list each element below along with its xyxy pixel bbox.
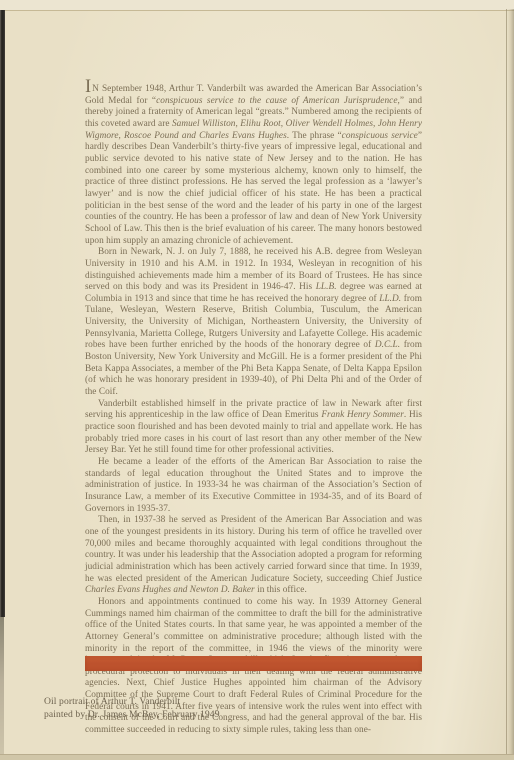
page-top-edge: [0, 0, 514, 11]
caption-line-1: Oil portrait of Arthur T. Vanderbilt: [44, 695, 220, 708]
biography-text: IN September 1948, Arthur T. Vanderbilt …: [85, 83, 422, 737]
page-stack-edge: [0, 617, 4, 760]
caption-line-2: painted by Dr. James McBey, February 194…: [44, 708, 220, 721]
page-bottom-edge: [0, 754, 514, 760]
portrait-caption: Oil portrait of Arthur T. Vanderbilt pai…: [44, 695, 220, 721]
paragraph-text: N September 1948, Arthur T. Vanderbilt w…: [85, 84, 422, 246]
paragraph-education: Born in Newark, N. J. on July 7, 1888, h…: [85, 247, 422, 399]
paragraph-practice: Vanderbilt established himself in the pr…: [85, 399, 422, 457]
page-right-edge: [506, 9, 514, 760]
paragraph-aba-presidency: Then, in 1937-38 he served as President …: [85, 515, 422, 597]
paragraph-aba-leadership: He became a leader of the efforts of the…: [85, 457, 422, 515]
paragraph-intro: IN September 1948, Arthur T. Vanderbilt …: [85, 83, 422, 247]
orange-divider-bar: [85, 656, 422, 671]
scan-gutter-shadow: [0, 10, 5, 617]
book-page: IN September 1948, Arthur T. Vanderbilt …: [0, 0, 514, 760]
